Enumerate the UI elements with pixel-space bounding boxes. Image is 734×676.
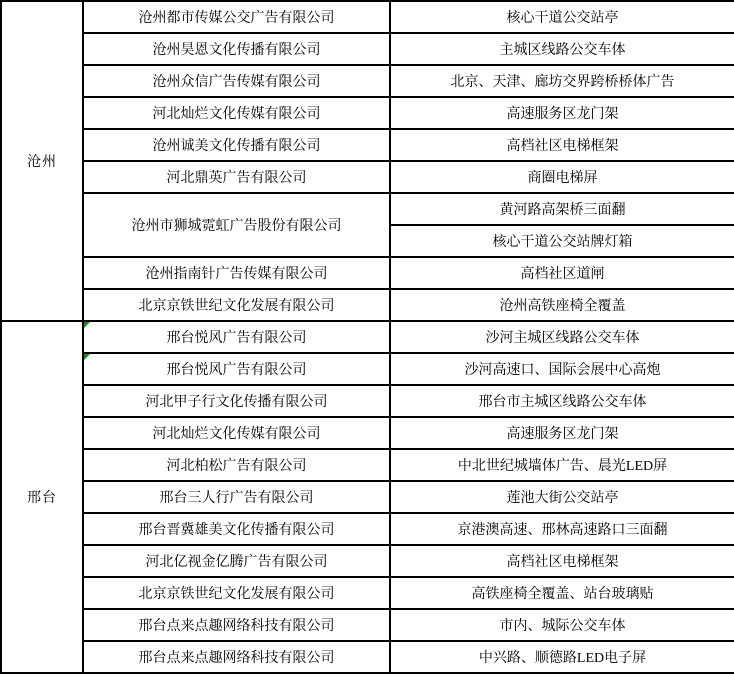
media-cell[interactable]: 黄河路高架桥三面翻 — [390, 193, 734, 225]
media-cell[interactable]: 高档社区道闸 — [390, 257, 734, 289]
company-cell[interactable]: 沧州都市传媒公交广告有限公司 — [83, 1, 390, 33]
table-row: 沧州指南针广告传媒有限公司高档社区道闸 — [1, 257, 734, 289]
media-cell[interactable]: 高速服务区龙门架 — [390, 417, 734, 449]
media-cell[interactable]: 市内、城际公交车体 — [390, 609, 734, 641]
company-cell[interactable]: 北京京铁世纪文化发展有限公司 — [83, 577, 390, 609]
company-cell[interactable]: 邢台点来点趣网络科技有限公司 — [83, 609, 390, 641]
cell-error-marker-icon — [84, 354, 90, 360]
table-row: 沧州沧州都市传媒公交广告有限公司核心干道公交站亭 — [1, 1, 734, 33]
media-cell[interactable]: 沙河高速口、国际会展中心高炮 — [390, 353, 734, 385]
table-row: 沧州昊恩文化传播有限公司主城区线路公交车体 — [1, 33, 734, 65]
media-cell[interactable]: 核心干道公交站牌灯箱 — [390, 225, 734, 257]
company-cell[interactable]: 河北亿视金亿腾广告有限公司 — [83, 545, 390, 577]
table-row: 北京京铁世纪文化发展有限公司高铁座椅全覆盖、站台玻璃贴 — [1, 577, 734, 609]
media-cell[interactable]: 高档社区电梯框架 — [390, 129, 734, 161]
table-row: 河北甲子行文化传播有限公司邢台市主城区线路公交车体 — [1, 385, 734, 417]
table-row: 邢台晋冀雄美文化传播有限公司京港澳高速、邢林高速路口三面翻 — [1, 513, 734, 545]
table-row: 北京京铁世纪文化发展有限公司沧州高铁座椅全覆盖 — [1, 289, 734, 321]
table-body: 沧州沧州都市传媒公交广告有限公司核心干道公交站亭沧州昊恩文化传播有限公司主城区线… — [1, 1, 734, 673]
media-cell[interactable]: 邢台市主城区线路公交车体 — [390, 385, 734, 417]
company-cell[interactable]: 河北柏松广告有限公司 — [83, 449, 390, 481]
company-cell[interactable]: 河北灿烂文化传媒有限公司 — [83, 97, 390, 129]
media-cell[interactable]: 中兴路、顺德路LED电子屏 — [390, 641, 734, 673]
company-cell[interactable]: 河北灿烂文化传媒有限公司 — [83, 417, 390, 449]
media-resource-table: 沧州沧州都市传媒公交广告有限公司核心干道公交站亭沧州昊恩文化传播有限公司主城区线… — [0, 0, 734, 674]
table-row: 邢台三人行广告有限公司莲池大街公交站亭 — [1, 481, 734, 513]
media-cell[interactable]: 商圈电梯屏 — [390, 161, 734, 193]
company-cell[interactable]: 邢台晋冀雄美文化传播有限公司 — [83, 513, 390, 545]
region-cell[interactable]: 邢台 — [1, 321, 83, 673]
company-cell[interactable]: 河北甲子行文化传播有限公司 — [83, 385, 390, 417]
media-cell[interactable]: 核心干道公交站亭 — [390, 1, 734, 33]
table-row: 河北灿烂文化传媒有限公司高速服务区龙门架 — [1, 97, 734, 129]
table-row: 沧州市狮城霓虹广告股份有限公司黄河路高架桥三面翻 — [1, 193, 734, 225]
region-cell[interactable]: 沧州 — [1, 1, 83, 321]
table-row: 河北鼎英广告有限公司商圈电梯屏 — [1, 161, 734, 193]
company-cell[interactable]: 河北鼎英广告有限公司 — [83, 161, 390, 193]
table-row: 邢台悦风广告有限公司沙河高速口、国际会展中心高炮 — [1, 353, 734, 385]
table-row: 河北亿视金亿腾广告有限公司高档社区电梯框架 — [1, 545, 734, 577]
media-cell[interactable]: 高速服务区龙门架 — [390, 97, 734, 129]
company-cell[interactable]: 邢台三人行广告有限公司 — [83, 481, 390, 513]
table-row: 河北柏松广告有限公司中北世纪城墙体广告、晨光LED屏 — [1, 449, 734, 481]
table-row: 沧州诚美文化传播有限公司高档社区电梯框架 — [1, 129, 734, 161]
company-cell[interactable]: 邢台悦风广告有限公司 — [83, 321, 390, 353]
media-cell[interactable]: 莲池大街公交站亭 — [390, 481, 734, 513]
company-cell[interactable]: 沧州指南针广告传媒有限公司 — [83, 257, 390, 289]
company-cell[interactable]: 沧州诚美文化传播有限公司 — [83, 129, 390, 161]
cell-error-marker-icon — [84, 322, 90, 328]
company-cell[interactable]: 沧州众信广告传媒有限公司 — [83, 65, 390, 97]
media-cell[interactable]: 高档社区电梯框架 — [390, 545, 734, 577]
media-cell[interactable]: 京港澳高速、邢林高速路口三面翻 — [390, 513, 734, 545]
company-cell[interactable]: 沧州昊恩文化传播有限公司 — [83, 33, 390, 65]
table-row: 邢台邢台悦风广告有限公司沙河主城区线路公交车体 — [1, 321, 734, 353]
company-cell[interactable]: 北京京铁世纪文化发展有限公司 — [83, 289, 390, 321]
media-cell[interactable]: 主城区线路公交车体 — [390, 33, 734, 65]
media-cell[interactable]: 沙河主城区线路公交车体 — [390, 321, 734, 353]
table-row: 邢台点来点趣网络科技有限公司市内、城际公交车体 — [1, 609, 734, 641]
company-cell[interactable]: 沧州市狮城霓虹广告股份有限公司 — [83, 193, 390, 257]
media-cell[interactable]: 高铁座椅全覆盖、站台玻璃贴 — [390, 577, 734, 609]
table-row: 邢台点来点趣网络科技有限公司中兴路、顺德路LED电子屏 — [1, 641, 734, 673]
company-cell[interactable]: 邢台点来点趣网络科技有限公司 — [83, 641, 390, 673]
table-row: 沧州众信广告传媒有限公司北京、天津、廊坊交界跨桥桥体广告 — [1, 65, 734, 97]
media-cell[interactable]: 北京、天津、廊坊交界跨桥桥体广告 — [390, 65, 734, 97]
company-cell[interactable]: 邢台悦风广告有限公司 — [83, 353, 390, 385]
table-row: 河北灿烂文化传媒有限公司高速服务区龙门架 — [1, 417, 734, 449]
media-cell[interactable]: 沧州高铁座椅全覆盖 — [390, 289, 734, 321]
media-cell[interactable]: 中北世纪城墙体广告、晨光LED屏 — [390, 449, 734, 481]
